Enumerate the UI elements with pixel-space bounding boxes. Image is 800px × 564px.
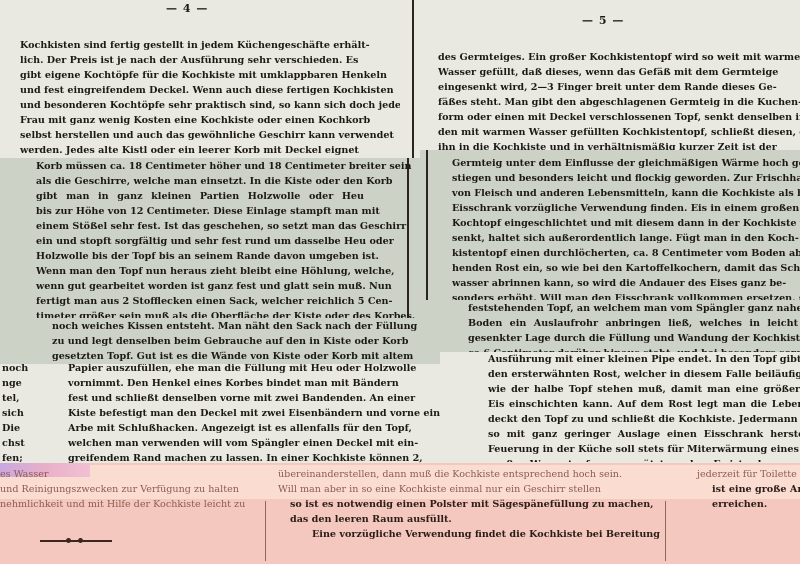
page-4-text-lower-b: Papier auszufüllen, ehe man die Füllung …	[68, 364, 396, 464]
text-line: deckt den Topf zu und schließt die Kochk…	[488, 412, 800, 427]
page-gutter-line-mid	[407, 158, 409, 318]
text-line: timeter größer sein muß als die Oberfläc…	[36, 309, 364, 318]
text-line: lich. Der Preis ist je nach der Ausführu…	[20, 53, 348, 68]
text-line: fertigt man aus 2 Stofflecken einen Sack…	[36, 294, 364, 309]
text-line: eingesenkt wird, 2—3 Finger breit unter …	[438, 80, 766, 95]
text-line: kistentopf einen durchlöcherten, ca. 8 C…	[452, 246, 782, 261]
bottom-gutter-line	[265, 501, 266, 561]
text-line: vornimmt. Den Henkel eines Korbes bindet…	[68, 376, 396, 391]
text-line: ist eine große Ann	[712, 482, 800, 497]
text-line: form oder einen mit Deckel verschlossene…	[438, 110, 766, 125]
text-line: Eis einschichten kann. Auf dem Rost legt…	[488, 397, 800, 412]
text-line: noch weiches Kissen entsteht. Man näht d…	[52, 319, 380, 334]
text-line: Eisschrank vorzügliche Verwendung finden…	[452, 201, 782, 216]
text-line: Germteig unter dem Einflusse der gleichm…	[452, 156, 782, 171]
text-line: zu und legt denselben beim Gebrauche auf…	[52, 334, 380, 349]
text-line: bis zur Höhe von 12 Centimeter. Diese Ei…	[36, 204, 364, 219]
text-line: und Reinigungszwecken zur Verfügung zu h…	[0, 482, 222, 497]
text-line: als die Geschirre, welche man einsetzt. …	[36, 174, 364, 189]
page-number-4: — 4 —	[166, 2, 208, 15]
page-5-text-middle: Germteig unter dem Einflusse der gleichm…	[452, 156, 782, 310]
text-line: Eine vorzügliche Verwendung findet die K…	[290, 527, 590, 542]
text-line: übereinanderstellen, dann muß die Kochki…	[278, 467, 598, 482]
text-line: Arbe mit Schlußhacken. Angezeigt ist es …	[68, 421, 396, 436]
text-line: Frau mit ganz wenig Kosten eine Kochkist…	[20, 113, 348, 128]
text-line: wasser abrinnen kann, so wird die Andaue…	[452, 276, 782, 291]
text-line: so mit ganz geringer Auslage einen Eissc…	[488, 427, 800, 442]
text-line: nehmlichkeit und mit Hilfe der Kochkiste…	[0, 497, 222, 512]
text-line: den ersterwähnten Rost, welcher in diese…	[488, 367, 800, 382]
text-line: fest und schließt denselben vorne mit zw…	[68, 391, 396, 406]
page-4-text-lower-a: In diesen Sack füllt man Sägespäne, so d…	[52, 318, 380, 364]
page-5-middle-band: Germteig unter dem Einflusse der gleichm…	[420, 150, 800, 310]
text-line: Wasser gefüllt, daß dieses, wenn das Gef…	[438, 65, 766, 80]
page-4-top-band: — 4 — Kochkisten sind fertig gestellt in…	[0, 0, 400, 164]
page-4-text-top: Kochkisten sind fertig gestellt in jedem…	[20, 38, 348, 164]
text-line: sich	[2, 406, 42, 421]
text-line: ein und stopft sorgfältig und sehr fest …	[36, 234, 364, 249]
bottom-gutter-line-2	[665, 501, 666, 561]
text-line: Kiste befestigt man den Deckel mit zwei …	[68, 406, 396, 421]
text-line: henden Rost ein, so wie bei den Kartoffe…	[452, 261, 782, 276]
text-line: fäßes steht. Man gibt den abgeschlagenen…	[438, 95, 766, 110]
text-line: Will man aber in so eine Kochkiste einma…	[278, 482, 598, 497]
text-line: des Germteiges. Ein großer Kochkistentop…	[438, 50, 766, 65]
text-line: Wenn man den Topf nun heraus zieht bleib…	[36, 264, 364, 279]
text-line: einem Stößel sehr fest. Ist das geschehe…	[36, 219, 364, 234]
page-4-middle-band: Korb müssen ca. 18 Centimeter höher und …	[0, 158, 420, 318]
text-line: tel,	[2, 391, 42, 406]
text-line: den mit warmen Wasser gefüllten Kochkist…	[438, 125, 766, 140]
page-4-lower-band-b: nochngetel,sichDiechstfen;eine Papier au…	[0, 364, 440, 464]
text-line: gesetzten Topf. Gut ist es die Wände von…	[52, 349, 380, 364]
text-line: Holzwolle bis der Topf bis an seinem Ran…	[36, 249, 364, 264]
page-gutter-line-right	[426, 150, 428, 310]
text-line: Die	[2, 421, 42, 436]
text-line: erreichen.	[712, 497, 800, 512]
section-ornament	[40, 540, 112, 542]
overlay-faded-right: jederzeit für Toilette u	[697, 467, 800, 482]
page-5-text-lower-a: feststehenden Topf, an welchem man vom S…	[468, 301, 798, 352]
text-line: welchen man verwenden will vom Spängler …	[68, 436, 396, 451]
text-line: noch	[2, 364, 42, 376]
page-5-text-top: des Germteiges. Ein großer Kochkistentop…	[438, 50, 766, 155]
text-line: Kochkisten sind fertig gestellt in jedem…	[20, 38, 348, 53]
text-line: und fest eingreifendem Deckel. Wenn auch…	[20, 83, 348, 98]
text-line: so ist es notwendig einen Polster mit Sä…	[290, 497, 590, 512]
text-line: Ausführung mit einer kleinen Pipe endet.…	[488, 352, 800, 367]
text-line: Feuerung in der Küche soll stets für Mit…	[488, 442, 800, 457]
text-line: nge	[2, 376, 42, 391]
text-line: wenn gut gearbeitet worden ist ganz fest…	[36, 279, 364, 294]
text-line: gibt eigene Kochtöpfe für die Kochkiste …	[20, 68, 348, 83]
overlay-faded-middle: übereinanderstellen, dann muß die Kochki…	[278, 467, 598, 497]
text-line: Kochtopf eingeschlichtet und mit diesem …	[452, 216, 782, 231]
page-4-text-middle: Korb müssen ca. 18 Centimeter höher und …	[36, 159, 364, 318]
text-line: großen Wassertopfes ausgenützt werden. E…	[488, 457, 800, 462]
text-line: und besonderen Kochtöpfe sehr praktisch …	[20, 98, 348, 113]
overlay-faded-left: es Wasserund Reinigungszwecken zur Verfü…	[0, 467, 222, 512]
page-gutter-line	[412, 0, 414, 160]
text-line: senkt, haltet sich außerordentlich lange…	[452, 231, 782, 246]
page-5-lower-band-a: feststehenden Topf, an welchem man vom S…	[420, 300, 800, 352]
text-line: feststehenden Topf, an welchem man vom S…	[468, 301, 798, 316]
text-line: jederzeit für Toilette u	[697, 467, 800, 482]
text-line: Papier auszufüllen, ehe man die Füllung …	[68, 364, 396, 376]
page-4-lower-band-a: In diesen Sack füllt man Sägespäne, so d…	[0, 318, 450, 368]
text-line: Korb müssen ca. 18 Centimeter höher und …	[36, 159, 364, 174]
text-line: chst	[2, 436, 42, 451]
text-line: gesenkter Lage durch die Füllung und Wan…	[468, 331, 798, 346]
page-number-5: — 5 —	[582, 14, 624, 27]
page-5-top-band: — 5 — des Germteiges. Ein großer Kochkis…	[400, 0, 800, 160]
bottom-overlay-band: es Wasserund Reinigungszwecken zur Verfü…	[0, 463, 800, 564]
page-5-text-lower-b: Ausführung mit einer kleinen Pipe endet.…	[488, 352, 800, 462]
text-line: es Wasser	[0, 467, 222, 482]
text-line: Boden ein Auslaufrohr anbringen ließ, we…	[468, 316, 798, 331]
overlay-middle-lines: so ist es notwendig einen Polster mit Sä…	[290, 497, 590, 542]
text-line: von Fleisch und anderen Lebensmitteln, k…	[452, 186, 782, 201]
text-line: werden. Jedes alte Kistl oder ein leerer…	[20, 143, 348, 158]
text-line: gibt man in ganz kleinen Partien Holzwol…	[36, 189, 364, 204]
page-4-margin-fragments: nochngetel,sichDiechstfen;eine	[2, 364, 42, 464]
overlay-right-lines: ist eine große Annerreichen.	[712, 482, 800, 512]
text-line: selbst herstellen und auch das gewöhnlic…	[20, 128, 348, 143]
text-line: das den leeren Raum ausfüllt.	[290, 512, 590, 527]
text-line: wie der halbe Topf stehen muß, damit man…	[488, 382, 800, 397]
page-5-lower-band-b: Ausführung mit einer kleinen Pipe endet.…	[440, 352, 800, 462]
text-line: stiegen und besonders leicht und flockig…	[452, 171, 782, 186]
